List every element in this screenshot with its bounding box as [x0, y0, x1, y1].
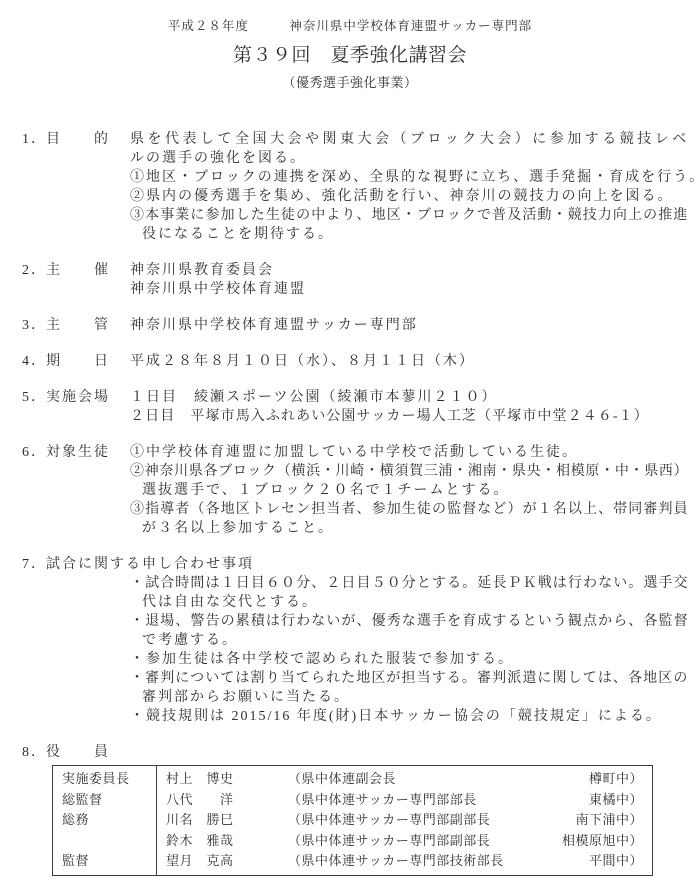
content-line: 選抜選手で、１ブロック２０名で１チームとする。 — [142, 481, 700, 500]
name-cell: 村上 博史 — [166, 769, 288, 790]
table-row: 川名 勝巳（県中体連サッカー専門部副部長南下浦中） — [166, 810, 652, 831]
table-row: 鈴木 雅哉（県中体連サッカー専門部副部長相模原旭中） — [166, 831, 652, 852]
document-page: 平成２８年度 神奈川県中学校体育連盟サッカー専門部 第３９回 夏季強化講習会 （… — [0, 0, 700, 885]
content-line: 神奈川県中学校体育連盟サッカー専門部 — [130, 316, 700, 335]
school-cell: 樽町中） — [589, 769, 643, 790]
content-line: ２日目 平塚市馬入ふれあい公園サッカー場人工芝（平塚市中堂２４６‐１） — [130, 407, 700, 426]
table-row: 望月 克高（県中体連サッカー専門部技術部長平間中） — [166, 851, 652, 872]
section-content: ・試合時間は１日目６０分、２日目５０分とする。延長ＰＫ戦は行わない。選手交代は自… — [130, 574, 700, 726]
school-cell: 平間中） — [589, 851, 643, 872]
content-line: で考慮する。 — [142, 631, 700, 650]
name-cell: 望月 克高 — [166, 851, 288, 872]
content-line: 平成２８年８月１０日（水）、８月１１日（木） — [130, 352, 700, 371]
section-label: 主 管 — [46, 316, 110, 335]
section-head: 3．主 管 — [22, 316, 130, 335]
section-7-match-rules: 7．試合に関する申し合わせ事項・試合時間は１日目６０分、２日目５０分とする。延長… — [22, 555, 700, 726]
content-line: 県を代表して全国大会や関東大会（ブロック大会）に参加する競技レベ — [130, 130, 700, 149]
content-line: ・試合時間は１日目６０分、２日目５０分とする。延長ＰＫ戦は行わない。選手交 — [130, 574, 700, 593]
section-content: ①中学校体育連盟に加盟している中学校で活動している生徒。②神奈川県各ブロック（横… — [130, 443, 700, 538]
page-title: 第３９回 夏季強化講習会 — [0, 43, 700, 69]
position-cell: （県中体連サッカー専門部副部長 — [288, 810, 490, 831]
section-number: 3． — [22, 316, 46, 335]
section-head: 8．役 員 — [22, 743, 700, 762]
role-cell: 実施委員長 — [62, 769, 156, 790]
content-line: ③本事業に参加した生徒の中より、地区・ブロックで普及活動・競技力向上の推進 — [130, 206, 700, 225]
section-1-purpose: 1．目 的県を代表して全国大会や関東大会（ブロック大会）に参加する競技レベルの選… — [22, 130, 700, 244]
content-line: １日目 綾瀬スポーツ公園（綾瀬市本蓼川２１０） — [130, 388, 700, 407]
section-label: 主 催 — [46, 261, 110, 299]
section-head: 1．目 的 — [22, 130, 130, 244]
section-4-dates: 4．期 日平成２８年８月１０日（水）、８月１１日（木） — [22, 352, 700, 371]
section-label: 役 員 — [46, 743, 110, 762]
section-head: 6．対象生徒 — [22, 443, 130, 538]
role-cell: 総務 — [62, 810, 156, 831]
section-number: 7． — [22, 555, 46, 574]
section-number: 4． — [22, 352, 46, 371]
position-school-cell: （県中体連サッカー専門部技術部長平間中） — [288, 851, 652, 872]
section-number: 1． — [22, 130, 46, 244]
section-head: 7．試合に関する申し合わせ事項 — [22, 555, 700, 574]
page-subtitle: （優秀選手強化事業） — [0, 74, 700, 92]
content-line: ①地区・ブロックの連携を深め、全県的な視野に立ち、選手発掘・育成を行う。 — [130, 168, 700, 187]
section-5-venues: 5．実施会場１日目 綾瀬スポーツ公園（綾瀬市本蓼川２１０）２日目 平塚市馬入ふれ… — [22, 388, 700, 426]
content-line: 神奈川県教育委員会 — [130, 261, 700, 280]
section-number: 8． — [22, 743, 46, 762]
section-number: 6． — [22, 443, 46, 538]
section-head: 4．期 日 — [22, 352, 130, 371]
name-cell: 八代 洋 — [166, 790, 288, 811]
content-line: ③指導者（各地区トレセン担当者、参加生徒の監督など）が１名以上、帯同審判員 — [130, 500, 700, 519]
content-line: ・審判については割り当てられた地区が担当する。審判派遣に関しては、各地区の — [130, 669, 700, 688]
section-number: 5． — [22, 388, 46, 426]
section-6-students: 6．対象生徒①中学校体育連盟に加盟している中学校で活動している生徒。②神奈川県各… — [22, 443, 700, 538]
section-content: 平成２８年８月１０日（水）、８月１１日（木） — [130, 352, 700, 371]
content-line: 審判部からお願いに当たる。 — [142, 688, 700, 707]
section-8-officials: 8．役 員 — [22, 743, 700, 762]
section-content: 県を代表して全国大会や関東大会（ブロック大会）に参加する競技レベルの選手の強化を… — [130, 130, 700, 244]
section-content: 神奈川県教育委員会神奈川県中学校体育連盟 — [130, 261, 700, 299]
school-cell: 東橘中） — [589, 790, 643, 811]
content-line: ルの選手の強化を図る。 — [130, 149, 700, 168]
section-3-organizer: 3．主 管神奈川県中学校体育連盟サッカー専門部 — [22, 316, 700, 335]
name-cell: 川名 勝巳 — [166, 810, 288, 831]
section-label: 試合に関する申し合わせ事項 — [46, 555, 254, 574]
section-head: 5．実施会場 — [22, 388, 130, 426]
section-label: 実施会場 — [46, 388, 110, 426]
position-school-cell: （県中体連サッカー専門部副部長南下浦中） — [288, 810, 652, 831]
position-school-cell: （県中体連サッカー専門部部長東橘中） — [288, 790, 652, 811]
content-line: ①中学校体育連盟に加盟している中学校で活動している生徒。 — [130, 443, 700, 462]
position-school-cell: （県中体連副会長樽町中） — [288, 769, 652, 790]
officials-main-column: 村上 博史（県中体連副会長樽町中）八代 洋（県中体連サッカー専門部部長東橘中）川… — [157, 766, 652, 875]
section-content: 神奈川県中学校体育連盟サッカー専門部 — [130, 316, 700, 335]
document-header: 平成２８年度 神奈川県中学校体育連盟サッカー専門部 第３９回 夏季強化講習会 （… — [0, 18, 700, 92]
content-line: ・競技規則は 2015/16 年度(財)日本サッカー協会の「競技規定」による。 — [130, 707, 700, 726]
school-cell: 相模原旭中） — [562, 831, 643, 852]
content-line: ・参加生徒は各中学校で認められた服装で参加する。 — [130, 650, 700, 669]
content-line: ②県内の優秀選手を集め、強化活動を行い、神奈川の競技力の向上を図る。 — [130, 187, 700, 206]
content-line: 代は自由な交代とする。 — [142, 593, 700, 612]
content-line: ②神奈川県各ブロック（横浜・川崎・横須賀三浦・湘南・県央・相模原・中・県西） — [130, 462, 700, 481]
school-cell: 南下浦中） — [575, 810, 643, 831]
content-line: 役になることを期待する。 — [142, 225, 700, 244]
officials-role-column: 実施委員長総監督総務監督 — [53, 766, 157, 875]
sections: 1．目 的県を代表して全国大会や関東大会（ブロック大会）に参加する競技レベルの選… — [0, 130, 700, 762]
officials-table: 実施委員長総監督総務監督 村上 博史（県中体連副会長樽町中）八代 洋（県中体連サ… — [52, 765, 653, 876]
position-cell: （県中体連サッカー専門部技術部長 — [288, 851, 504, 872]
section-2-host: 2．主 催神奈川県教育委員会神奈川県中学校体育連盟 — [22, 261, 700, 299]
content-line: ・退場、警告の累積は行わないが、優秀な選手を育成するという観点から、各監督 — [130, 612, 700, 631]
position-cell: （県中体連副会長 — [288, 769, 396, 790]
table-row: 村上 博史（県中体連副会長樽町中） — [166, 769, 652, 790]
section-label: 期 日 — [46, 352, 110, 371]
table-row: 八代 洋（県中体連サッカー専門部部長東橘中） — [166, 790, 652, 811]
header-meta-line: 平成２８年度 神奈川県中学校体育連盟サッカー専門部 — [0, 18, 700, 35]
section-content: １日目 綾瀬スポーツ公園（綾瀬市本蓼川２１０）２日目 平塚市馬入ふれあい公園サッ… — [130, 388, 700, 426]
role-cell: 監督 — [62, 851, 156, 872]
section-label: 目 的 — [46, 130, 110, 244]
section-label: 対象生徒 — [46, 443, 110, 538]
position-school-cell: （県中体連サッカー専門部副部長相模原旭中） — [288, 831, 652, 852]
position-cell: （県中体連サッカー専門部部長 — [288, 790, 477, 811]
content-line: が３名以上参加すること。 — [142, 519, 700, 538]
position-cell: （県中体連サッカー専門部副部長 — [288, 831, 490, 852]
content-line: 神奈川県中学校体育連盟 — [130, 280, 700, 299]
role-cell: 総監督 — [62, 790, 156, 811]
section-head: 2．主 催 — [22, 261, 130, 299]
role-cell — [62, 831, 156, 852]
name-cell: 鈴木 雅哉 — [166, 831, 288, 852]
section-number: 2． — [22, 261, 46, 299]
